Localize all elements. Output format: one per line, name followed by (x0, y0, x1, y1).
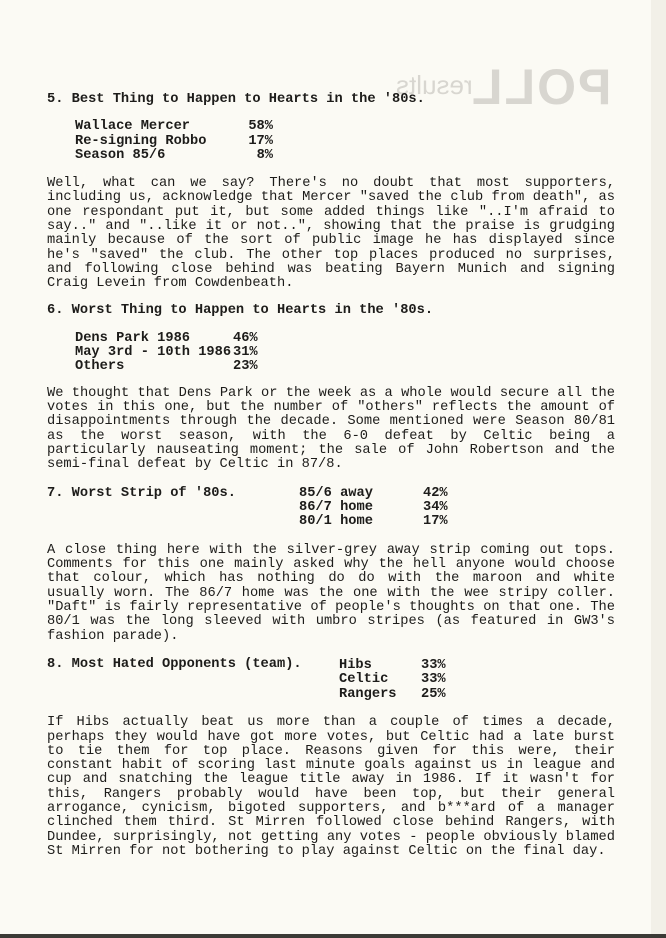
section-heading: 5. Best Thing to Happen to Hearts in the… (47, 93, 615, 107)
result-row: Hibs 33% (339, 659, 461, 673)
poll-results-article: 5. Best Thing to Happen to Hearts in the… (47, 93, 615, 859)
result-percent: 42% (423, 487, 463, 501)
result-percent: 58% (233, 120, 273, 134)
result-label: Others (75, 360, 233, 374)
result-percent: 33% (421, 659, 461, 673)
result-percent: 34% (423, 501, 463, 515)
result-row: 85/6 away 42% (299, 487, 463, 501)
result-row: 86/7 home 34% (299, 501, 463, 515)
result-percent: 31% (233, 346, 273, 360)
result-row: Wallace Mercer 58% (75, 120, 615, 134)
page-edge-strip (651, 0, 666, 934)
result-label: Hibs (339, 659, 421, 673)
result-label: Wallace Mercer (75, 120, 233, 134)
result-percent: 17% (423, 515, 463, 529)
result-label: Re-signing Robbo (75, 135, 233, 149)
scan-bottom-edge (0, 934, 666, 938)
results-table: Hibs 33% Celtic 33% Rangers 25% (339, 659, 461, 702)
result-row: Season 85/6 8% (75, 149, 615, 163)
results-table: Dens Park 1986 46% May 3rd - 10th 1986 3… (75, 332, 615, 375)
result-label: May 3rd - 10th 1986 (75, 346, 233, 360)
section-commentary: We thought that Dens Park or the week as… (47, 387, 615, 473)
result-percent: 17% (233, 135, 273, 149)
result-label: Season 85/6 (75, 149, 233, 163)
result-row: Dens Park 1986 46% (75, 332, 615, 346)
result-label: 86/7 home (299, 501, 423, 515)
result-row: Rangers 25% (339, 688, 461, 702)
result-percent: 46% (233, 332, 273, 346)
result-row: Celtic 33% (339, 673, 461, 687)
section-most-hated-opponents: 8. Most Hated Opponents (team). Hibs 33%… (47, 658, 615, 859)
results-table: 85/6 away 42% 86/7 home 34% 80/1 home 17… (299, 487, 463, 530)
result-row: 80/1 home 17% (299, 515, 463, 529)
result-label: 85/6 away (299, 487, 423, 501)
section-heading: 6. Worst Thing to Happen to Hearts in th… (47, 304, 615, 318)
result-row: Others 23% (75, 360, 615, 374)
section-best-thing: 5. Best Thing to Happen to Hearts in the… (47, 93, 615, 292)
result-percent: 8% (233, 149, 273, 163)
result-label: 80/1 home (299, 515, 423, 529)
result-percent: 33% (421, 673, 461, 687)
section-heading: 8. Most Hated Opponents (team). (47, 658, 615, 672)
section-commentary: Well, what can we say? There's no doubt … (47, 177, 615, 291)
results-table: Wallace Mercer 58% Re-signing Robbo 17% … (75, 120, 615, 163)
section-commentary: If Hibs actually beat us more than a cou… (47, 716, 615, 859)
result-label: Rangers (339, 688, 421, 702)
result-label: Celtic (339, 673, 421, 687)
section-commentary: A close thing here with the silver-grey … (47, 544, 615, 644)
result-percent: 25% (421, 688, 461, 702)
section-worst-thing: 6. Worst Thing to Happen to Hearts in th… (47, 304, 615, 473)
result-row: May 3rd - 10th 1986 31% (75, 346, 615, 360)
result-label: Dens Park 1986 (75, 332, 233, 346)
result-row: Re-signing Robbo 17% (75, 135, 615, 149)
result-percent: 23% (233, 360, 273, 374)
section-worst-strip: 7. Worst Strip of '80s. 85/6 away 42% 86… (47, 487, 615, 644)
